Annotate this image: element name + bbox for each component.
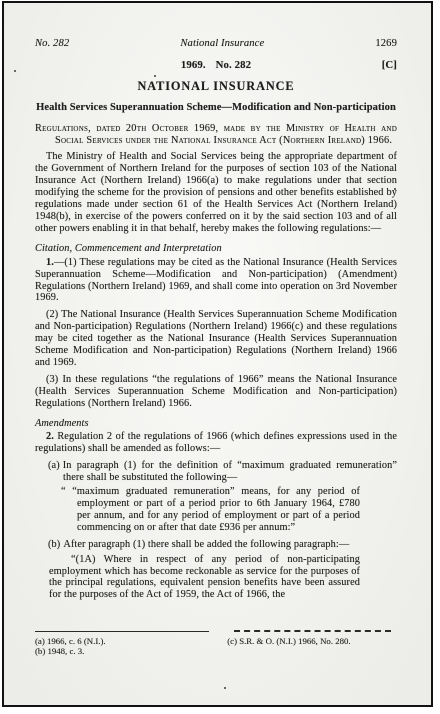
running-header-title: National Insurance xyxy=(180,38,264,50)
document-subtitle: Health Services Superannuation Scheme—Mo… xyxy=(35,102,397,114)
footnote-b: (b) 1948, c. 3. xyxy=(35,646,227,656)
footnote-rules xyxy=(35,631,391,632)
footnotes: (a) 1966, c. 6 (N.I.). (b) 1948, c. 3. (… xyxy=(35,631,391,656)
ministry-preamble-paragraph: The Ministry of Health and Social Servic… xyxy=(35,151,397,234)
amendments-heading: Amendments xyxy=(35,418,397,430)
scan-speck xyxy=(154,75,156,77)
regulation-2-number: 2. xyxy=(46,431,54,442)
subparagraph-b-text: After paragraph (1) there shall be added… xyxy=(63,539,349,550)
running-header-number: No. 282 xyxy=(35,38,69,50)
footnote-rule-left xyxy=(35,631,209,632)
footnote-rule-right xyxy=(234,630,391,632)
subparagraph-a-label: (a) xyxy=(48,460,60,471)
regulation-1-number: 1. xyxy=(46,257,54,268)
substituted-definition-quote: “ “maximum graduated remuneration” means… xyxy=(61,486,360,534)
page-number: 1269 xyxy=(375,38,397,50)
issue-number: No. 282 xyxy=(216,59,252,71)
added-paragraph-1a-quote: “(1A) Where in respect of any period of … xyxy=(49,554,360,602)
regulation-2-paragraph: 2. Regulation 2 of the regulations of 19… xyxy=(35,431,397,455)
scan-speck xyxy=(394,188,396,190)
regulation-1-paragraph-1: 1.—(1) These regulations may be cited as… xyxy=(35,257,397,305)
footnote-column-left: (a) 1966, c. 6 (N.I.). (b) 1948, c. 3. xyxy=(35,636,227,656)
regulation-1-paragraph-3: (3) In these regulations “the regulation… xyxy=(35,374,397,410)
issue-year: 1969. xyxy=(181,59,206,71)
scan-speck xyxy=(14,70,16,72)
regulation-1-paragraph-2: (2) The National Insurance (Health Servi… xyxy=(35,309,397,369)
issue-line: 1969.No. 282 [C] xyxy=(35,60,397,72)
document-title: NATIONAL INSURANCE xyxy=(35,81,397,93)
running-header: No. 282 National Insurance 1269 xyxy=(35,38,397,50)
subparagraph-a: (a)In paragraph (1) for the definition o… xyxy=(48,460,397,484)
scan-border-frame: No. 282 National Insurance 1269 1969.No.… xyxy=(2,1,433,707)
footnote-column-right: (c) S.R. & O. (N.I.) 1966, No. 280. xyxy=(227,636,391,656)
scanned-document-page: No. 282 National Insurance 1269 1969.No.… xyxy=(0,0,440,714)
citation-heading: Citation, Commencement and Interpretatio… xyxy=(35,243,397,255)
footnote-c: (c) S.R. & O. (N.I.) 1966, No. 280. xyxy=(227,636,391,646)
subparagraph-b: (b)After paragraph (1) there shall be ad… xyxy=(48,539,397,551)
subparagraph-b-label: (b) xyxy=(48,539,60,550)
scan-speck xyxy=(224,687,226,689)
subparagraph-a-text: In paragraph (1) for the definition of “… xyxy=(63,460,397,483)
document-body: No. 282 National Insurance 1269 1969.No.… xyxy=(35,38,397,601)
regulation-2-text: Regulation 2 of the regulations of 1966 … xyxy=(35,431,397,454)
regulation-1-text: —(1) These regulations may be cited as t… xyxy=(35,257,397,304)
footnote-a: (a) 1966, c. 6 (N.I.). xyxy=(35,636,227,646)
regulations-dateline: Regulations, dated 20th October 1969, ma… xyxy=(35,123,397,147)
class-mark: [C] xyxy=(382,60,397,72)
footnote-columns: (a) 1966, c. 6 (N.I.). (b) 1948, c. 3. (… xyxy=(35,636,391,656)
